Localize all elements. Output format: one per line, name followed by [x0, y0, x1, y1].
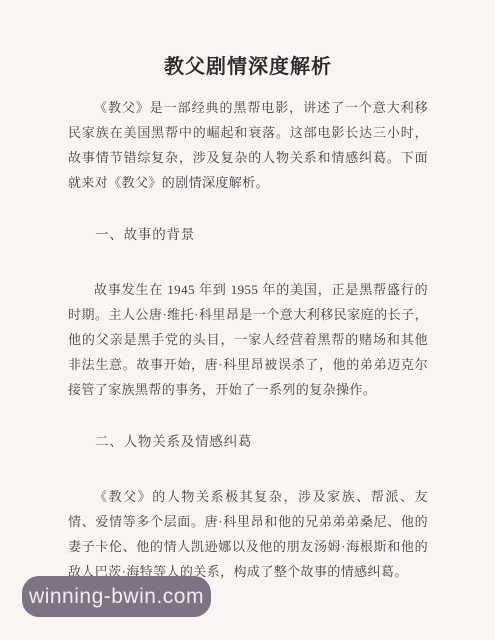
intro-paragraph: 《教父》是一部经典的黑帮电影，讲述了一个意大利移民家族在美国黑帮中的崛起和衰落。… [68, 95, 428, 195]
story-background-paragraph: 故事发生在 1945 年到 1955 年的美国，正是黑帮盛行的时期。主人公唐·维… [68, 277, 428, 402]
section-heading-relationships: 二、人物关系及情感纠葛 [68, 429, 428, 454]
document-page: 教父剧情深度解析 《教父》是一部经典的黑帮电影，讲述了一个意大利移民家族在美国黑… [0, 0, 495, 584]
relationships-paragraph: 《教父》的人物关系极其复杂，涉及家族、帮派、友情、爱情等多个层面。唐·科里昂和他… [68, 484, 428, 584]
watermark-badge: winning-bwin.com [22, 576, 211, 617]
page-title: 教父剧情深度解析 [68, 52, 428, 82]
section-heading-story-background: 一、故事的背景 [68, 222, 428, 247]
